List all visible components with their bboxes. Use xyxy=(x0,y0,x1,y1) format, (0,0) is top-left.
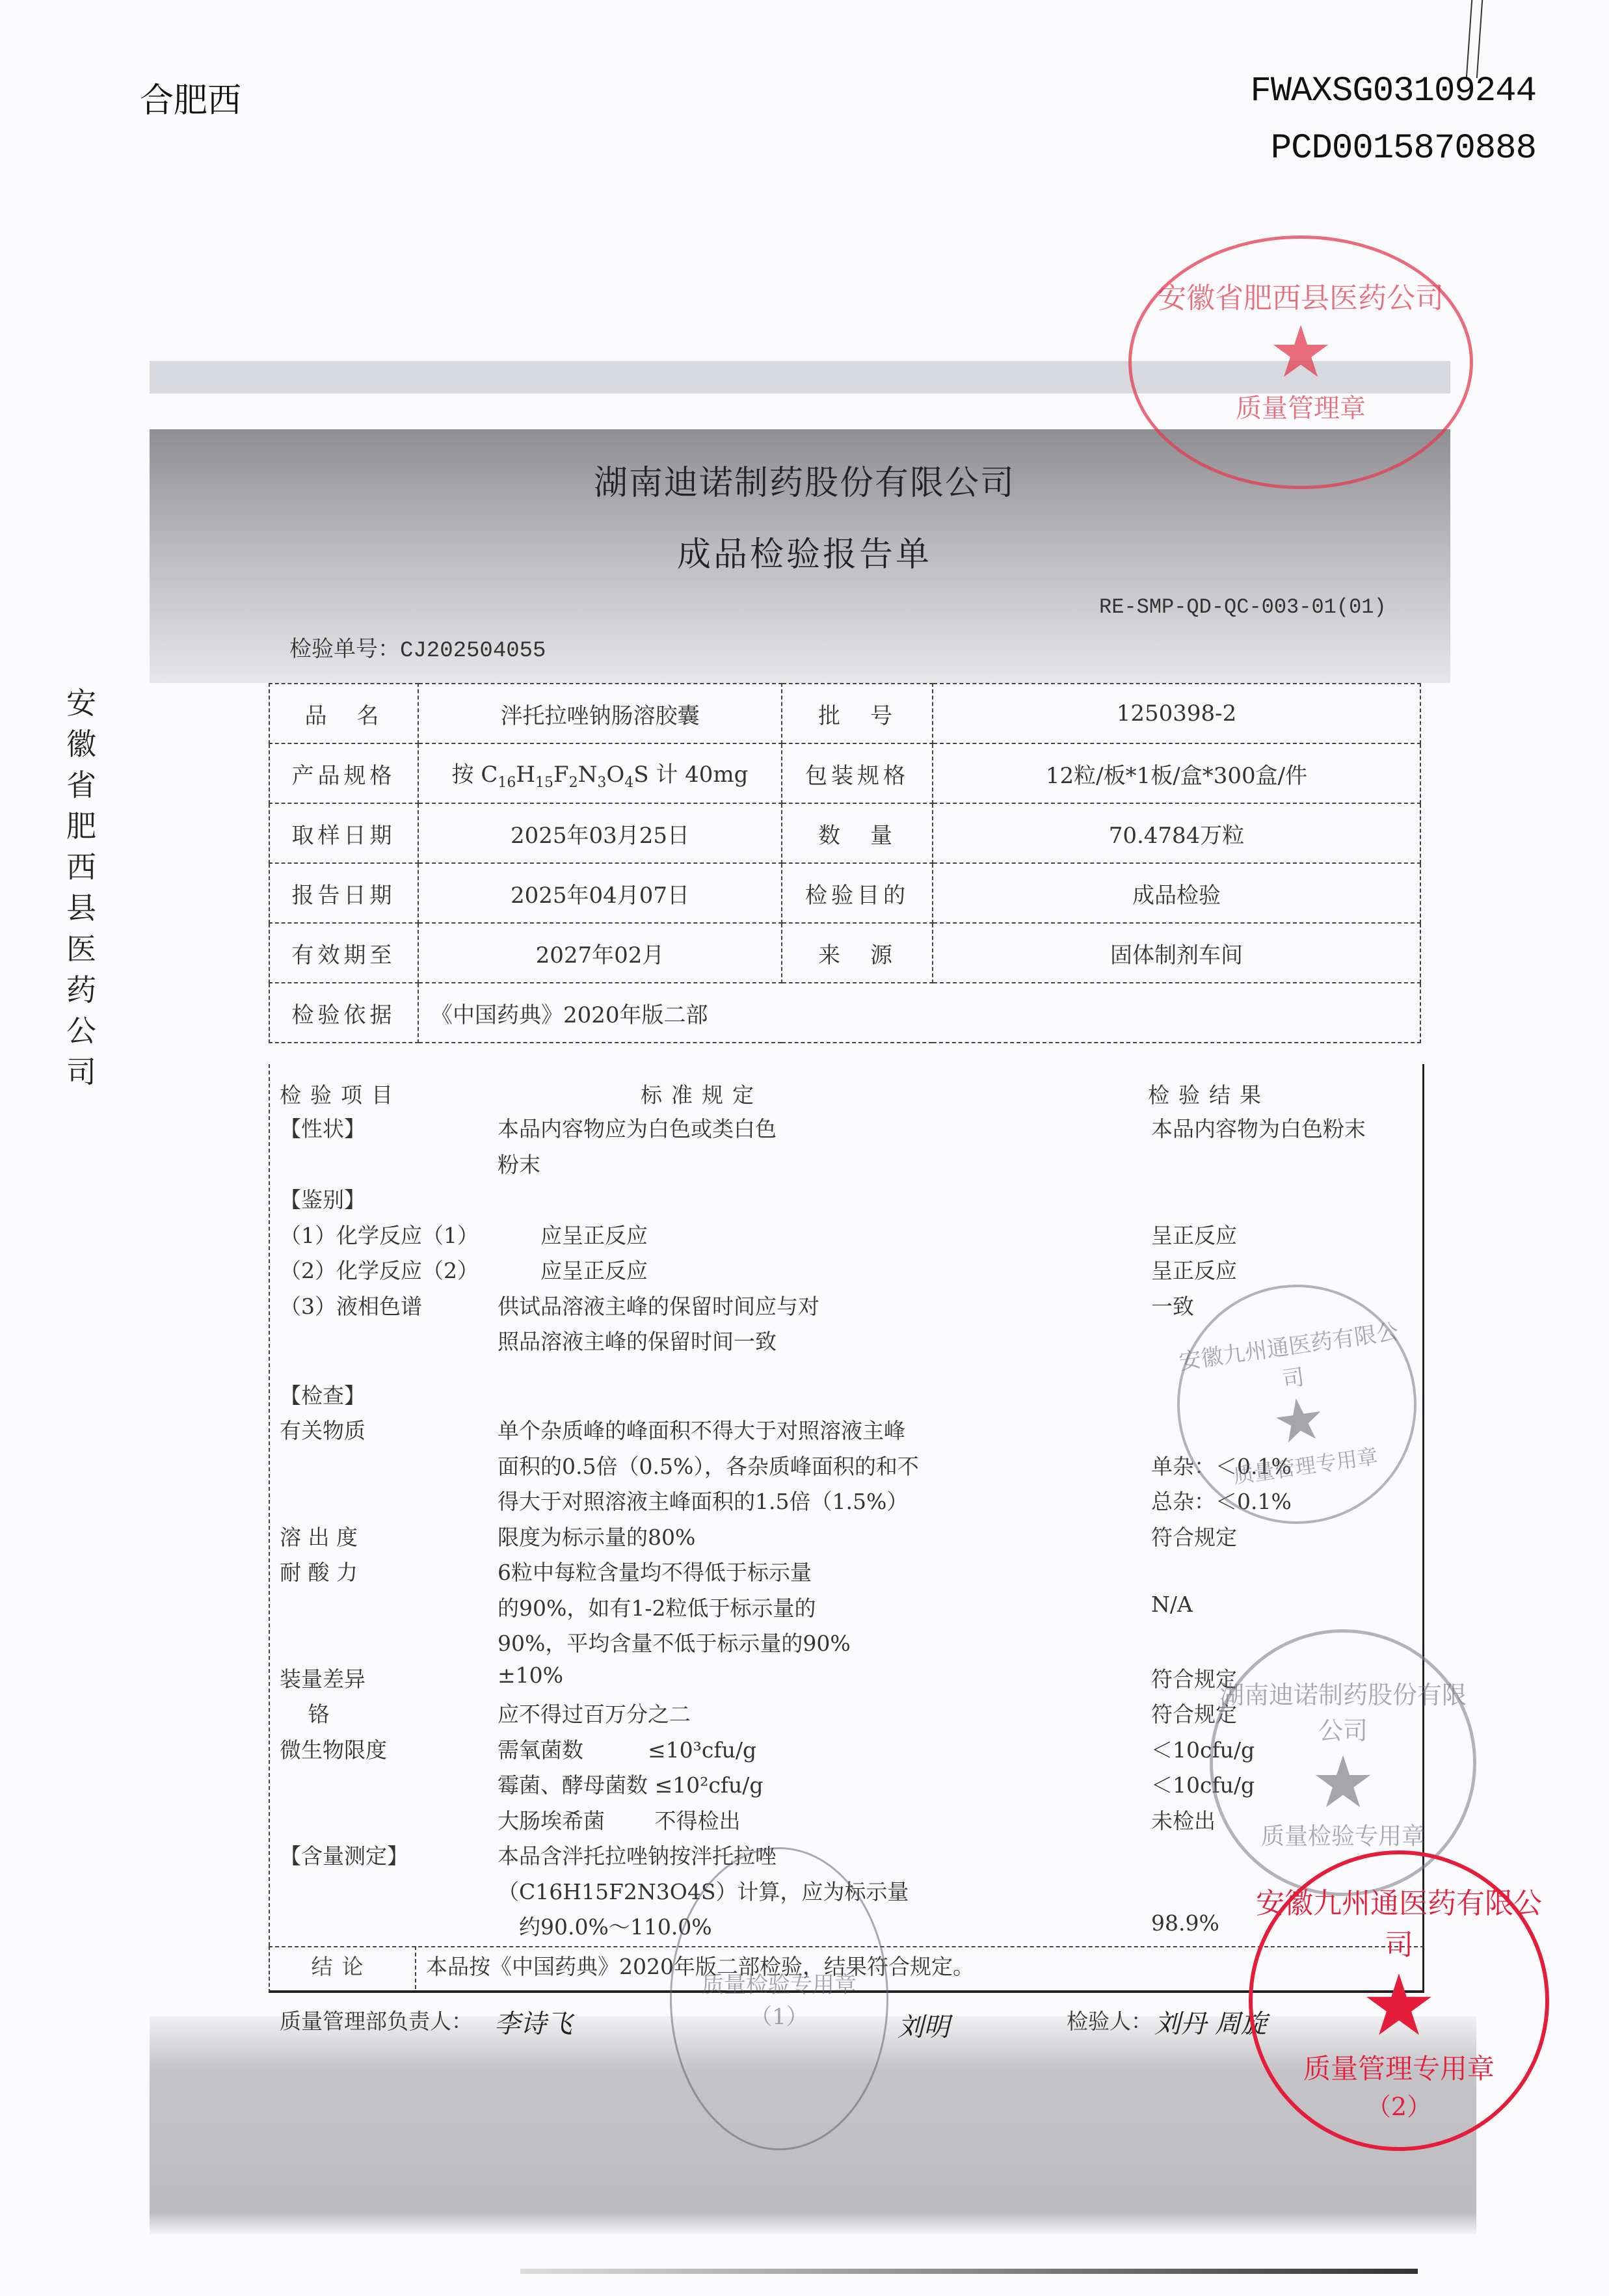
report-date: 2025年04月07日 xyxy=(418,863,782,923)
test-standard: 应呈正反应 xyxy=(498,1219,648,1249)
test-standard: 照品溶液主峰的保留时间一致 xyxy=(498,1325,777,1355)
stamp-number: （2） xyxy=(1366,2087,1431,2122)
test-item: 溶 出 度 xyxy=(280,1521,358,1551)
qc-oval-stamp: 质量检验专用章 （1） xyxy=(670,1847,888,2150)
inspector-label: 检验人： xyxy=(1067,2005,1152,2035)
test-result: 未检出 xyxy=(1151,1804,1216,1835)
stamp-ring-text: 湖南迪诺制药股份有限公司 xyxy=(1213,1675,1473,1746)
quantity: 70.4784万粒 xyxy=(933,803,1420,863)
stamp-number: （1） xyxy=(750,1999,808,2031)
handwritten-mark xyxy=(1466,0,1483,78)
test-standard: ±10% xyxy=(498,1662,563,1688)
quantity-label: 数 量 xyxy=(782,803,933,863)
column-header-result: 检验结果 xyxy=(1148,1078,1270,1109)
product-info-table: 品 名 泮托拉唑钠肠溶胶囊 批 号 1250398-2 产品规格 按 C16H1… xyxy=(269,683,1421,1043)
test-standard: 90%，平均含量不低于标示量的90% xyxy=(498,1627,851,1657)
sampling-date-label: 取样日期 xyxy=(269,803,418,863)
form-code: RE-SMP-QD-QC-003-01(01) xyxy=(1099,595,1387,619)
star-icon: ★ xyxy=(1311,1746,1376,1818)
stamp-bottom-text: 质量检验专用章 xyxy=(1261,1818,1425,1851)
test-standard: 单个杂质峰的峰面积不得大于对照溶液主峰 xyxy=(498,1414,905,1445)
test-standard: 本品内容物应为白色或类白色 xyxy=(498,1112,777,1143)
package-spec: 12粒/板*1板/盒*300盒/件 xyxy=(933,743,1420,803)
test-standard: 得大于对照溶液主峰面积的1.5倍（1.5%） xyxy=(498,1485,908,1515)
scan-edge-line xyxy=(520,2269,1418,2274)
batch-label: 批 号 xyxy=(782,684,933,743)
test-result: 呈正反应 xyxy=(1151,1219,1237,1249)
purpose: 成品检验 xyxy=(933,863,1420,923)
stamp-bottom-text: 质量管理章 xyxy=(1236,388,1366,425)
product-name: 泮托拉唑钠肠溶胶囊 xyxy=(418,684,782,743)
source-label: 来 源 xyxy=(782,923,933,983)
test-result: 98.9% xyxy=(1151,1910,1219,1936)
purpose-label: 检验目的 xyxy=(782,863,933,923)
test-item: 微生物限度 xyxy=(280,1733,387,1764)
star-icon: ★ xyxy=(1269,1389,1329,1454)
spec-suffix: 计 40mg xyxy=(656,762,748,788)
expiry: 2027年02月 xyxy=(418,923,782,983)
spec-value: 按 C16H15F2N3O4S 计 40mg xyxy=(418,743,782,803)
stamp-ring-text: 安徽九州通医药有限公司 xyxy=(1253,1880,1545,1963)
test-item: 【含量测定】 xyxy=(280,1839,408,1870)
test-item: （3）液相色谱 xyxy=(280,1290,422,1320)
test-result: 本品内容物为白色粉末 xyxy=(1151,1112,1366,1143)
reviewer-signature: 刘明 xyxy=(898,2007,950,2044)
batch-number: 1250398-2 xyxy=(933,684,1420,743)
report-number-value: CJ202504055 xyxy=(400,639,546,663)
test-standard: 粉末 xyxy=(498,1148,540,1179)
package-label: 包装规格 xyxy=(782,743,933,803)
sampling-date: 2025年03月25日 xyxy=(418,803,782,863)
test-result: N/A xyxy=(1151,1592,1193,1617)
document-title: 成品检验报告单 xyxy=(0,527,1609,576)
conclusion-divider xyxy=(415,1946,416,1989)
test-result: 一致 xyxy=(1151,1290,1194,1320)
test-item: 【检查】 xyxy=(280,1379,366,1409)
test-standard: 大肠埃希菌 不得检出 xyxy=(498,1804,741,1835)
stamp-bottom-text: 质量检验专用章 xyxy=(702,1967,857,1999)
test-item: 【鉴别】 xyxy=(280,1183,366,1214)
star-icon: ★ xyxy=(1269,316,1333,388)
product-name-label: 品 名 xyxy=(269,684,418,743)
test-standard: 限度为标示量的80% xyxy=(498,1521,695,1551)
test-result: 符合规定 xyxy=(1151,1521,1237,1551)
report-date-label: 报告日期 xyxy=(269,863,418,923)
test-item: （2）化学反应（2） xyxy=(280,1254,479,1285)
tracking-code-2: PCD0015870888 xyxy=(1271,129,1536,168)
test-standard: 霉菌、酵母菌数 ≤10²cfu/g xyxy=(498,1769,764,1799)
test-standard: 供试品溶液主峰的保留时间应与对 xyxy=(498,1290,819,1320)
expiry-label: 有效期至 xyxy=(269,923,418,983)
test-standard: 面积的0.5倍（0.5%），各杂质峰面积的和不 xyxy=(498,1450,919,1480)
stamp-ring-text: 安徽省肥西县医药公司 xyxy=(1158,274,1444,316)
source: 固体制剂车间 xyxy=(933,923,1420,983)
report-number: 检验单号：CJ202504055 xyxy=(289,631,546,663)
test-standard: 的90%，如有1-2粒低于标示量的 xyxy=(498,1592,816,1622)
test-result: 呈正反应 xyxy=(1151,1254,1237,1285)
column-header-standard: 标准规定 xyxy=(641,1078,763,1109)
distributor-stamp: 安徽省肥西县医药公司 ★ 质量管理章 xyxy=(1128,235,1473,489)
test-item: 铬 xyxy=(280,1698,330,1728)
test-standard: 需氧菌数 ≤10³cfu/g xyxy=(498,1733,756,1764)
conclusion-label: 结论 xyxy=(269,1950,415,1981)
side-company-text: 安徽省肥西县医药公司 xyxy=(62,683,101,1093)
star-icon: ★ xyxy=(1361,1963,1437,2048)
test-item: 【性状】 xyxy=(280,1112,366,1143)
tracking-code-1: FWAXSG03109244 xyxy=(1250,72,1536,111)
qa-head-signature: 李诗飞 xyxy=(494,2003,572,2040)
column-header-item: 检验项目 xyxy=(280,1078,402,1109)
basis-label: 检验依据 xyxy=(269,983,418,1043)
stamp-bottom-text: 质量管理专用章 xyxy=(1303,2048,1495,2087)
report-number-label: 检验单号： xyxy=(289,636,400,662)
basis: 《中国药典》2020年版二部 xyxy=(418,983,1420,1043)
test-standard: 6粒中每粒含量均不得低于标示量 xyxy=(498,1556,812,1586)
red-qa-stamp: 安徽九州通医药有限公司 ★ 质量管理专用章 （2） xyxy=(1249,1850,1549,2151)
test-item: 装量差异 xyxy=(280,1662,366,1693)
test-item: 有关物质 xyxy=(280,1414,366,1445)
test-item: 耐 酸 力 xyxy=(280,1556,358,1586)
spec-label: 产品规格 xyxy=(269,743,418,803)
test-standard: 应不得过百万分之二 xyxy=(498,1698,691,1728)
spec-prefix: 按 xyxy=(452,762,474,788)
test-item: （1）化学反应（1） xyxy=(280,1219,479,1249)
city-annotation: 合肥西 xyxy=(140,73,241,122)
qa-head-label: 质量管理部负责人： xyxy=(280,2005,473,2035)
test-standard: 应呈正反应 xyxy=(498,1254,648,1285)
